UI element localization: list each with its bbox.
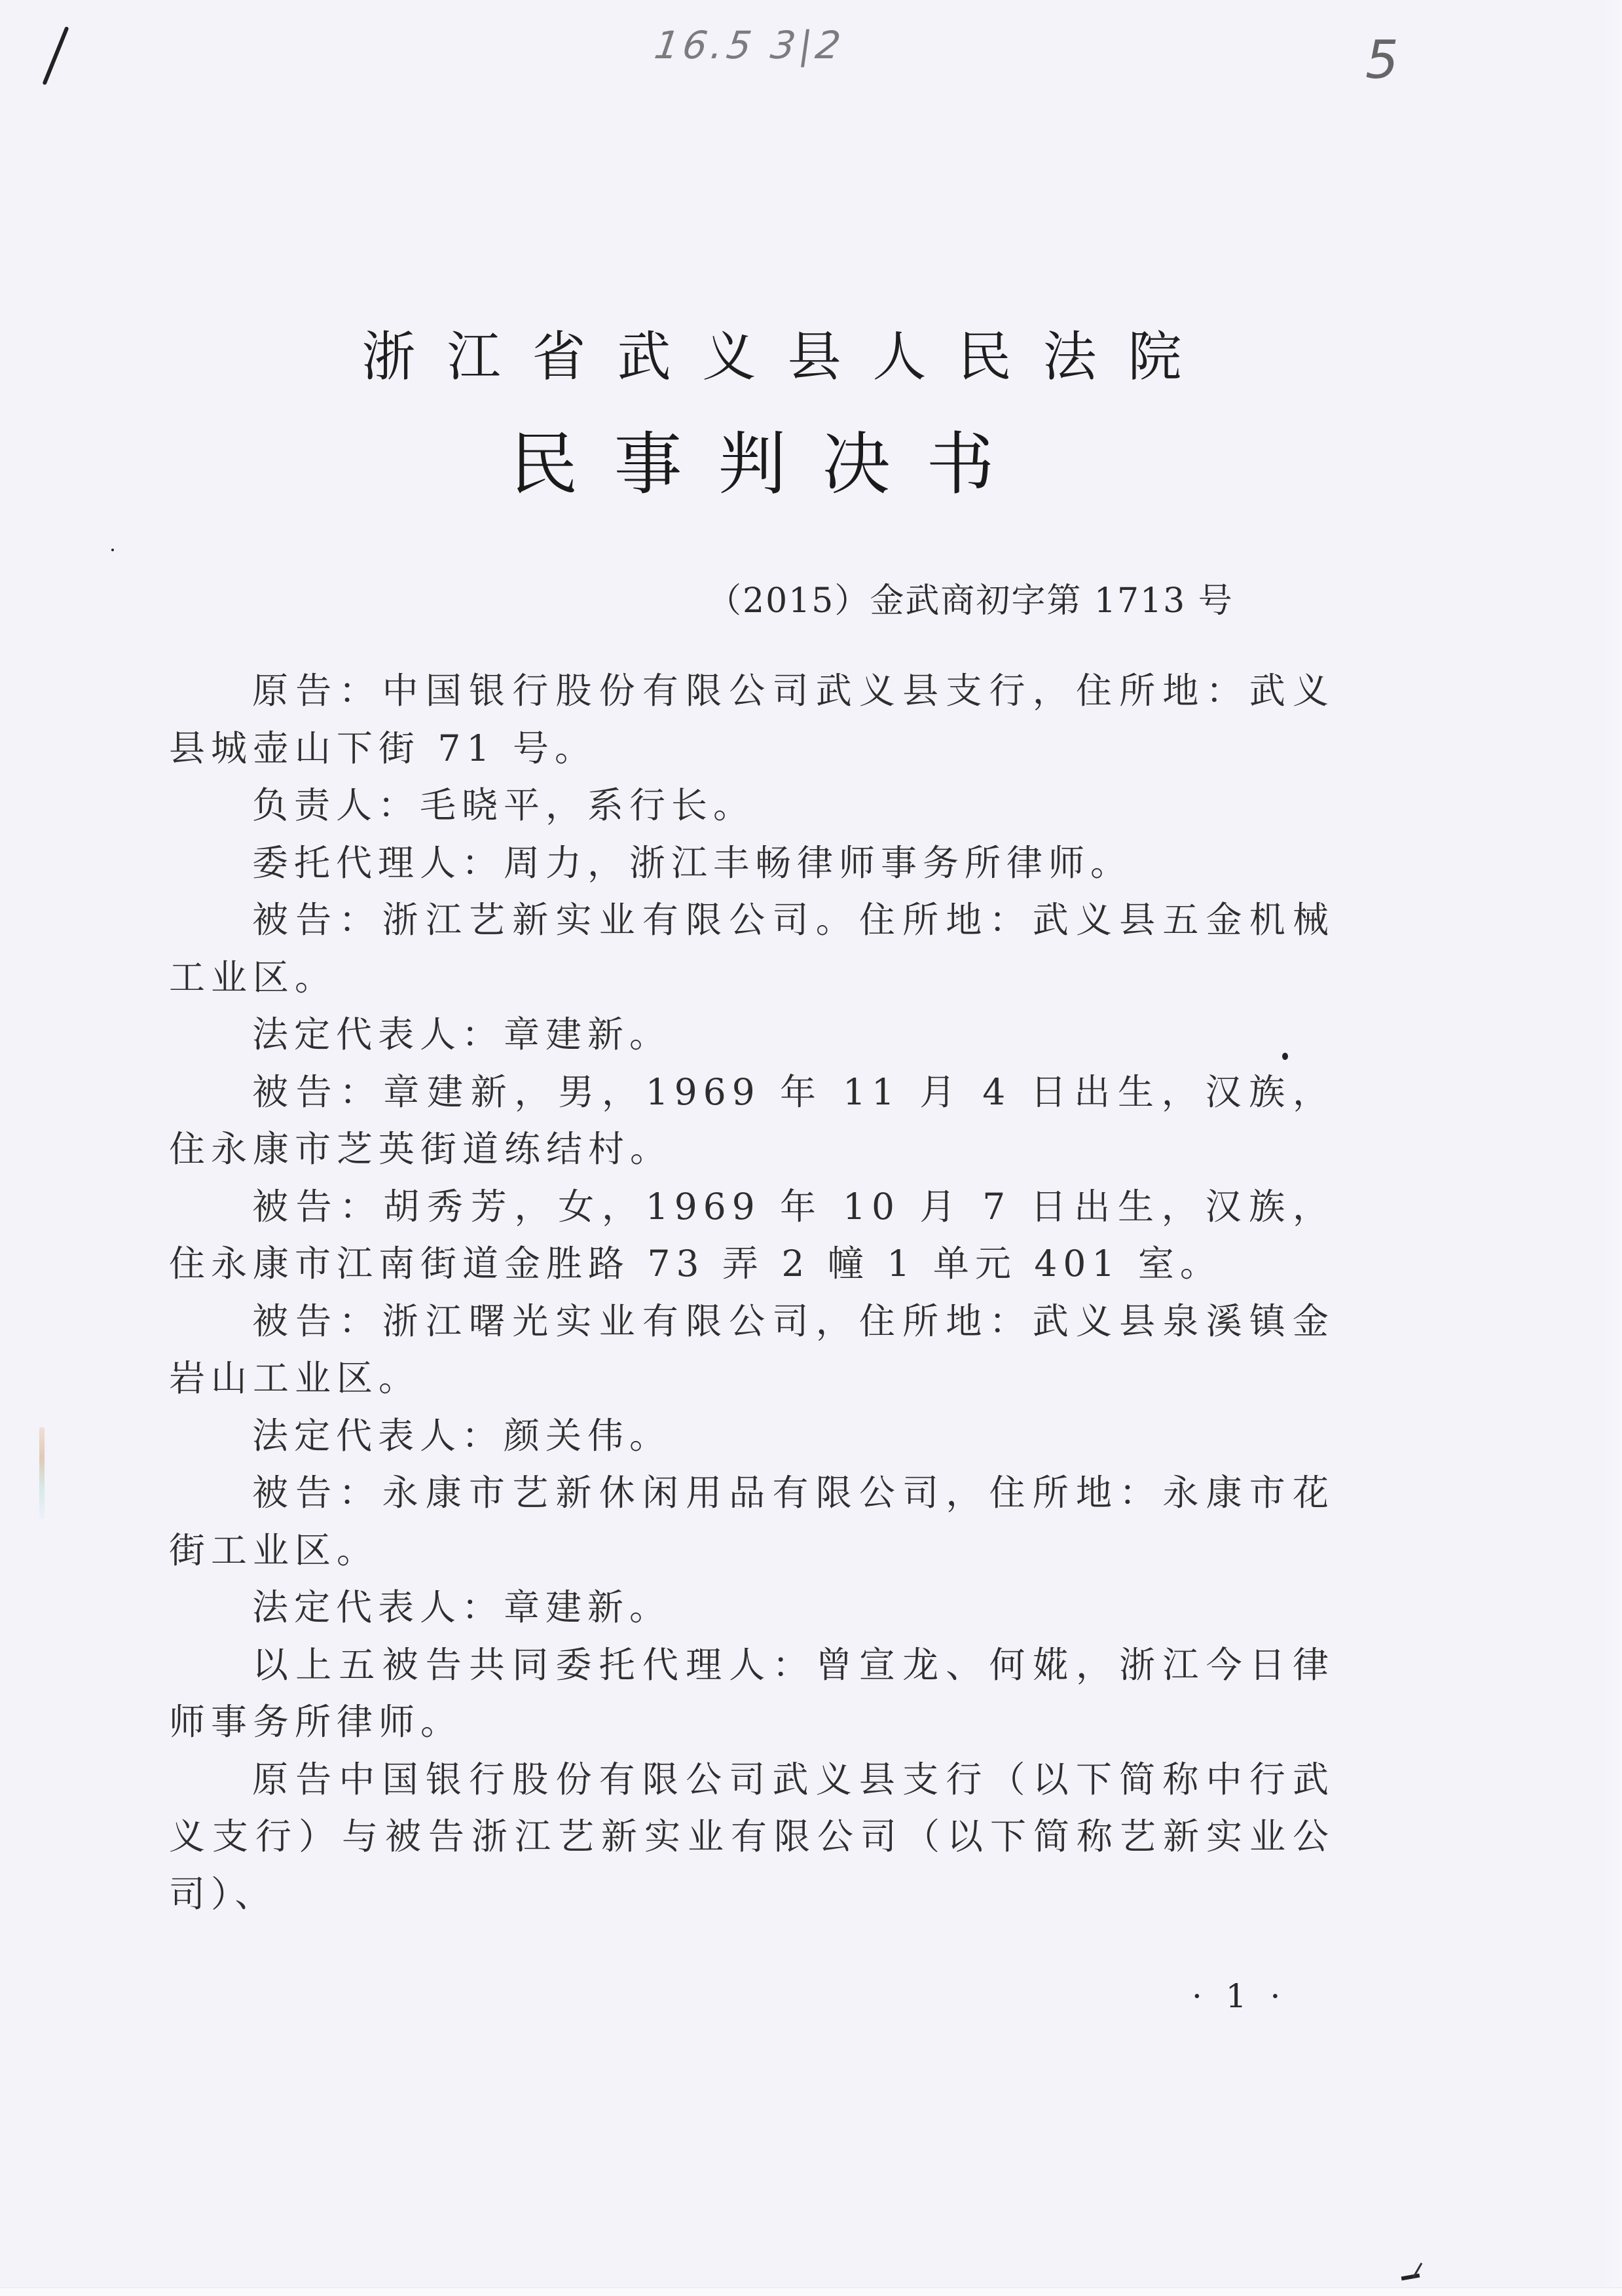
handwritten-archive-mark: 16.5 3|2 — [652, 23, 847, 67]
document-body: 原告：中国银行股份有限公司武义县支行，住所地：武义县城壶山下街 71 号。 负责… — [169, 663, 1335, 1923]
handwritten-slash-mark — [42, 26, 69, 85]
scan-speck — [111, 549, 114, 551]
party-defendant-5-legal-rep: 法定代表人：章建新。 — [169, 1579, 1335, 1637]
party-plaintiff: 原告：中国银行股份有限公司武义县支行，住所地：武义县城壶山下街 71 号。 — [169, 663, 1335, 777]
margin-scan-mark — [39, 1427, 45, 1519]
scan-edge-bottom — [0, 2287, 1622, 2296]
corner-mark — [1401, 2274, 1420, 2281]
case-number: （2015）金武商初字第 1713 号 — [707, 573, 1234, 622]
party-plaintiff-responsible-person: 负责人：毛晓平，系行长。 — [169, 777, 1335, 835]
party-defendant-4-legal-rep: 法定代表人：颜关伟。 — [169, 1408, 1335, 1465]
party-defendant-3: 被告：胡秀芳，女，1969 年 10 月 7 日出生，汉族，住永康市江南街道金胜… — [169, 1178, 1335, 1293]
party-defendant-1-legal-rep: 法定代表人：章建新。 — [169, 1006, 1335, 1064]
scan-speck — [1282, 1053, 1288, 1060]
page-number: · 1 · — [1192, 1977, 1287, 2015]
party-defendant-4: 被告：浙江曙光实业有限公司，住所地：武义县泉溪镇金岩山工业区。 — [169, 1293, 1335, 1408]
party-defendant-1: 被告：浙江艺新实业有限公司。住所地：武义县五金机械工业区。 — [169, 892, 1335, 1006]
scan-edge — [1602, 0, 1622, 2296]
party-defendants-joint-agent: 以上五被告共同委托代理人：曾宣龙、何婲，浙江今日律师事务所律师。 — [169, 1637, 1335, 1751]
party-defendant-2: 被告：章建新，男，1969 年 11 月 4 日出生，汉族，住永康市芝英街道练结… — [169, 1064, 1335, 1178]
party-plaintiff-agent: 委托代理人：周力，浙江丰畅律师事务所律师。 — [169, 835, 1335, 892]
handwritten-sheet-number: 5 — [1365, 29, 1399, 90]
party-defendant-5: 被告：永康市艺新休闲用品有限公司，住所地：永康市花街工业区。 — [169, 1465, 1335, 1579]
court-name: 浙江省武义县人民法院 — [0, 314, 1583, 391]
opening-paragraph: 原告中国银行股份有限公司武义县支行（以下简称中行武义支行）与被告浙江艺新实业有限… — [169, 1751, 1335, 1923]
document-type-title: 民事判决书 — [0, 409, 1563, 507]
